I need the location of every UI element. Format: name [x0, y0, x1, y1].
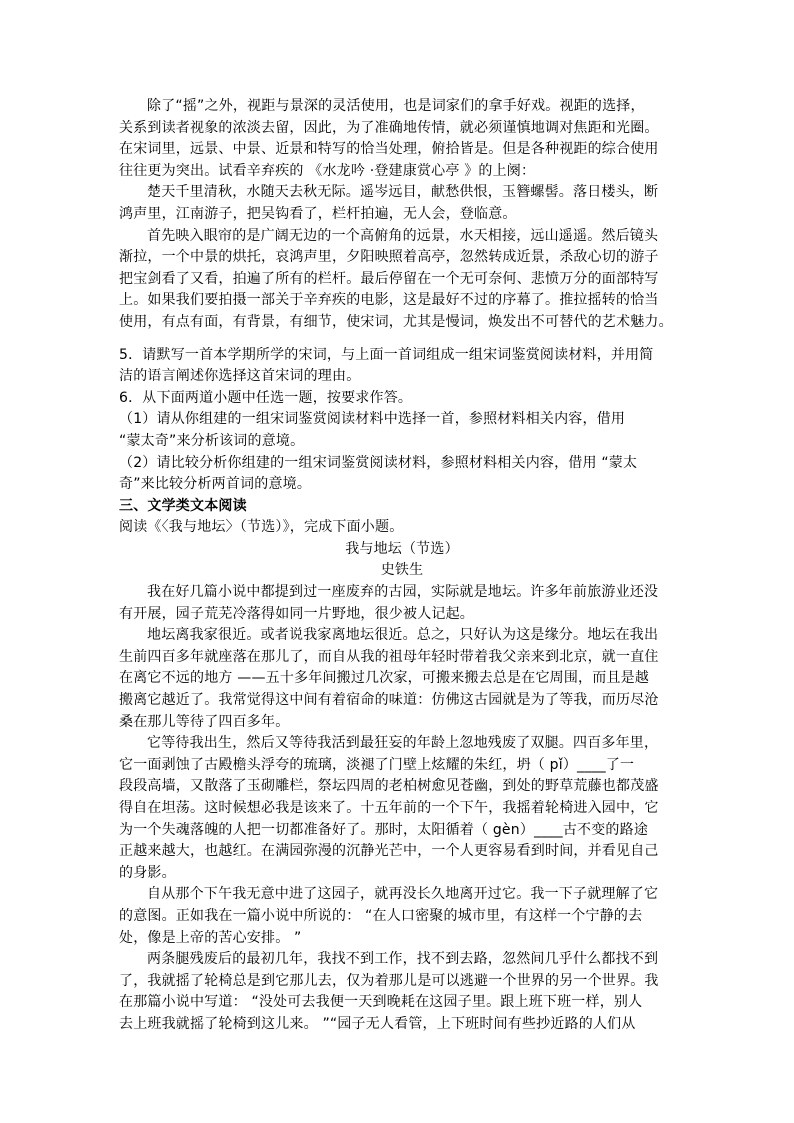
text-line: 首先映入眼帘的是广阔无边的一个高俯角的远景，水天相接，远山遥遥。然后镜头	[119, 226, 685, 248]
text-line: 5．请默写一首本学期所学的宋词，与上面一首词组成一组宋词鉴赏阅读材料，并用简	[119, 345, 685, 367]
text-line: 上。如果我们要拍摄一部关于辛弃疾的电影，这是最好不过的序幕了。推拉摇转的恰当	[119, 290, 685, 312]
text-line: 的意图。正如我在一篇小说中所说的： “在人口密聚的城市里，有这样一个宁静的去	[119, 906, 685, 928]
question-6-option-1: （1）请从你组建的一组宋词鉴赏阅读材料中选择一首，参照材料相关内容，借用 “蒙太…	[119, 409, 685, 452]
text-line: （1）请从你组建的一组宋词鉴赏阅读材料中选择一首，参照材料相关内容，借用	[119, 409, 685, 431]
text-line: 正越来越大，也越红。在满园弥漫的沉静光芒中，一个人更容易看到时间，并看见自己	[119, 841, 685, 863]
section-heading: 三、文学类文本阅读	[119, 496, 685, 518]
text-line: 楚天千里清秋，水随天去秋无际。遥岑远目，献愁供恨，玉簪螺髻。落日楼头，断	[119, 182, 685, 204]
text-line: 桑在那儿等待了四百多年。	[119, 712, 685, 734]
question-6: 6．从下面两道小题中任选一题，按要求作答。	[119, 388, 685, 410]
section-instruction: 阅读《〈我与地坛〉（节选）》，完成下面小题。	[119, 517, 685, 539]
text-line: 把宝剑看了又看，拍遍了所有的栏杆。最后停留在一个无可奈何、悲愤万分的面部特写	[119, 269, 685, 291]
text-line: 为一个失魂落魄的人把一切都准备好了。那时，太阳循着（ gèn）____古不变的路…	[119, 820, 685, 842]
document-page: 除了“摇”之外，视距与景深的灵活使用，也是词家们的拿手好戏。视距的选择， 关系到…	[119, 96, 685, 1036]
article-paragraph-1: 我在好几篇小说中都提到过一座废弃的古园，实际就是地坛。许多年前旅游业还没 有开展…	[119, 582, 685, 625]
text-line: 奇”来比较分析两首词的意境。	[119, 474, 685, 496]
question-5: 5．请默写一首本学期所学的宋词，与上面一首词组成一组宋词鉴赏阅读材料，并用简 洁…	[119, 345, 685, 388]
article-author: 史铁生	[119, 560, 685, 582]
article-paragraph-4: 自从那个下午我无意中进了这园子，就再没长久地离开过它。我一下子就理解了它 的意图…	[119, 884, 685, 949]
text-line: 生前四百多年就座落在那儿了，而自从我的祖母年轻时带着我父亲来到北京，就一直住	[119, 647, 685, 669]
article-title: 我与地坛（节选）	[119, 539, 685, 561]
poem-quote: 楚天千里清秋，水随天去秋无际。遥岑远目，献愁供恨，玉簪螺髻。落日楼头，断 鸿声里…	[119, 182, 685, 225]
passage-paragraph-1: 除了“摇”之外，视距与景深的灵活使用，也是词家们的拿手好戏。视距的选择， 关系到…	[119, 96, 685, 182]
text-line: 它等待我出生，然后又等待我活到最狂妄的年龄上忽地残废了双腿。四百多年里，	[119, 733, 685, 755]
text-line: 搬离它越近了。我常觉得这中间有着宿命的味道：仿佛这古园就是为了等我，而历尽沧	[119, 690, 685, 712]
text-line: 有开展，园子荒芜冷落得如同一片野地，很少被人记起。	[119, 604, 685, 626]
article-paragraph-5: 两条腿残废后的最初几年，我找不到工作，找不到去路，忽然间几乎什么都找不到 了，我…	[119, 949, 685, 1035]
text-line: 段段高墙，又散落了玉砌雕栏，祭坛四周的老柏树愈见苍幽，到处的野草荒藤也都茂盛	[119, 776, 685, 798]
spacer	[119, 334, 685, 345]
text-line: 在那篇小说中写道： “没处可去我便一天到晚耗在这园子里。跟上班下班一样，别人	[119, 992, 685, 1014]
text-line: 了，我就摇了轮椅总是到它那儿去，仅为着那儿是可以逃避一个世界的另一个世界。我	[119, 971, 685, 993]
text-line: 得自在坦荡。这时候想必我是该来了。十五年前的一个下午，我摇着轮椅进入园中，它	[119, 798, 685, 820]
article-paragraph-2: 地坛离我家很近。或者说我家离地坛很近。总之，只好认为这是缘分。地坛在我出 生前四…	[119, 625, 685, 733]
text-line: 洁的语言阐述你选择这首宋词的理由。	[119, 366, 685, 388]
question-6-option-2: （2）请比较分析你组建的一组宋词鉴赏阅读材料，参照材料相关内容，借用 “蒙太 奇…	[119, 453, 685, 496]
text-line: 自从那个下午我无意中进了这园子，就再没长久地离开过它。我一下子就理解了它	[119, 884, 685, 906]
text-line: “蒙太奇”来分析该词的意境。	[119, 431, 685, 453]
text-line: 6．从下面两道小题中任选一题，按要求作答。	[119, 388, 685, 410]
text-line: 两条腿残废后的最初几年，我找不到工作，找不到去路，忽然间几乎什么都找不到	[119, 949, 685, 971]
text-line: 我在好几篇小说中都提到过一座废弃的古园，实际就是地坛。许多年前旅游业还没	[119, 582, 685, 604]
text-line: 去上班我就摇了轮椅到这儿来。 ”“园子无人看管，上下班时间有些抄近路的人们从	[119, 1014, 685, 1036]
text-line: 处，像是上帝的苦心安排。 ”	[119, 928, 685, 950]
text-line: 除了“摇”之外，视距与景深的灵活使用，也是词家们的拿手好戏。视距的选择，	[119, 96, 685, 118]
text-line: 鸿声里，江南游子，把吴钩看了，栏杆拍遍，无人会，登临意。	[119, 204, 685, 226]
text-line: 关系到读者视象的浓淡去留，因此，为了准确地传情，就必须谨慎地调对焦距和光圈。	[119, 118, 685, 140]
text-line: 在宋词里，远景、中景、近景和特写的恰当处理，俯拾皆是。但是各种视距的综合使用	[119, 139, 685, 161]
text-line: 地坛离我家很近。或者说我家离地坛很近。总之，只好认为这是缘分。地坛在我出	[119, 625, 685, 647]
text-line: 往往更为突出。试看辛弃疾的 《水龙吟 ·登建康赏心亭 》的上阕：	[119, 161, 685, 183]
text-line: 的身影。	[119, 863, 685, 885]
text-line: 在离它不远的地方 ——五十多年间搬过几次家，可搬来搬去总是在它周围，而且是越	[119, 668, 685, 690]
text-line: 渐拉，一个中景的烘托，哀鸿声里，夕阳映照着高亭，忽然转成近景，杀敌心切的游子	[119, 247, 685, 269]
text-line: 它一面剥蚀了古殿檐头浮夸的琉璃，淡褪了门壁上炫耀的朱红，坍（ pǐ）____了一	[119, 755, 685, 777]
text-line: 使用，有点有面，有背景，有细节，使宋词，尤其是慢词，焕发出不可替代的艺术魅力。	[119, 312, 685, 334]
passage-paragraph-2: 首先映入眼帘的是广阔无边的一个高俯角的远景，水天相接，远山遥遥。然后镜头 渐拉，…	[119, 226, 685, 334]
article-paragraph-3: 它等待我出生，然后又等待我活到最狂妄的年龄上忽地残废了双腿。四百多年里， 它一面…	[119, 733, 685, 884]
text-line: （2）请比较分析你组建的一组宋词鉴赏阅读材料，参照材料相关内容，借用 “蒙太	[119, 453, 685, 475]
